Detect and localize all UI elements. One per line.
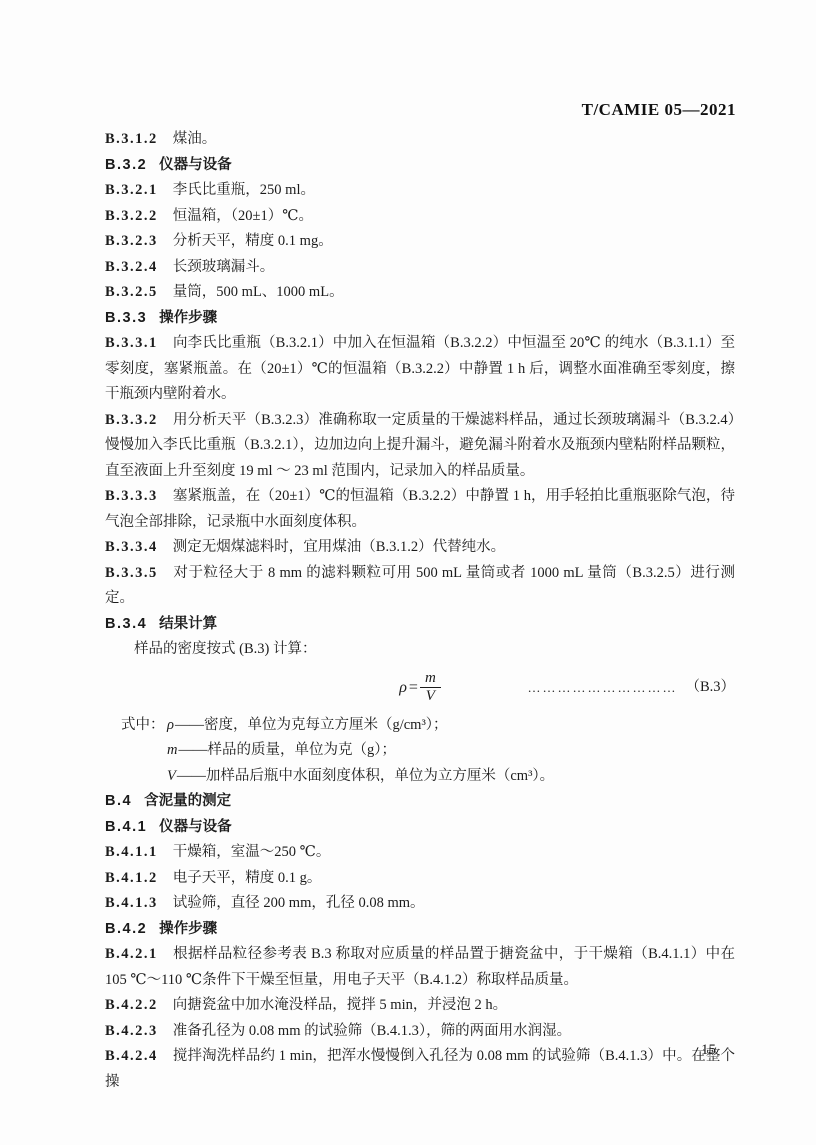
heading-text: 含泥量的测定	[144, 793, 231, 809]
where-dash: ——	[177, 768, 206, 784]
formula-rho: ρ	[399, 675, 407, 701]
clause-paragraph: B.4.1.2电子天平，精度 0.1 g。	[105, 866, 735, 892]
formula-denominator: V	[420, 688, 441, 705]
document-body: B.3.1.2煤油。B.3.2仪器与设备B.3.2.1李氏比重瓶，250 ml。…	[105, 127, 735, 1095]
where-line: 式中：ρ——密度，单位为克每立方厘米（g/cm³）；	[105, 713, 735, 739]
clause-number: B.3.2.5	[105, 284, 158, 300]
clause-number: B.3.2.3	[105, 233, 158, 249]
section-heading: B.4.1仪器与设备	[105, 815, 735, 841]
clause-paragraph: B.3.3.2用分析天平（B.3.2.3）准确称取一定质量的干燥滤料样品，通过长…	[105, 408, 735, 485]
clause-number: B.3.3.2	[105, 412, 158, 428]
heading-text: 操作步骤	[159, 310, 217, 326]
clause-paragraph: B.4.1.3试验筛，直径 200 mm，孔径 0.08 mm。	[105, 891, 735, 917]
clause-paragraph: B.3.2.1李氏比重瓶，250 ml。	[105, 178, 735, 204]
clause-paragraph: B.4.1.1干燥箱，室温～250 ℃。	[105, 840, 735, 866]
clause-paragraph: B.3.1.2煤油。	[105, 127, 735, 153]
clause-text: 加样品后瓶中水面刻度体积，单位为立方厘米（cm³）。	[206, 768, 554, 784]
page-footer: 15	[105, 1042, 716, 1059]
clause-text: 样品的密度按式 (B.3) 计算：	[134, 641, 316, 657]
clause-number: B.3.2.1	[105, 182, 158, 198]
heading-text: 结果计算	[159, 616, 217, 632]
clause-paragraph: B.4.2.1根据样品粒径参考表 B.3 称取对应质量的样品置于搪瓷盆中，于干燥…	[105, 942, 735, 993]
formula-leader: ………………………… （B.3）	[441, 675, 735, 701]
clause-number: B.4.2.1	[105, 946, 158, 962]
clause-text: 密度，单位为克每立方厘米（g/cm³）；	[204, 717, 448, 733]
clause-paragraph: B.3.2.5量筒，500 mL、1000 mL。	[105, 280, 735, 306]
clause-text: 向搪瓷盆中加水淹没样品，搅拌 5 min，并浸泡 2 h。	[173, 997, 507, 1013]
page-header: T/CAMIE 05—2021	[105, 100, 736, 120]
clause-number: B.3.2.4	[105, 259, 158, 275]
heading-text: 仪器与设备	[159, 819, 232, 835]
density-formula: ρ=mV	[399, 670, 441, 706]
clause-paragraph: B.3.2.3分析天平，精度 0.1 mg。	[105, 229, 735, 255]
formula-fraction: mV	[420, 670, 441, 706]
clause-paragraph: B.3.3.1向李氏比重瓶（B.3.2.1）中加入在恒温箱（B.3.2.2）中恒…	[105, 331, 735, 408]
clause-text: 塞紧瓶盖，在（20±1）℃的恒温箱（B.3.2.2）中静置 1 h，用手轻拍比重…	[105, 488, 735, 530]
clause-text: 电子天平，精度 0.1 g。	[173, 870, 322, 886]
clause-number: B.3.2	[105, 157, 147, 173]
clause-number: B.4.2.2	[105, 997, 158, 1013]
clause-number: B.4.2	[105, 921, 147, 937]
formula-block: ρ=mV ………………………… （B.3）	[105, 663, 735, 713]
section-heading: B.4含泥量的测定	[105, 789, 735, 815]
where-line: m——样品的质量，单位为克（g）；	[105, 738, 735, 764]
clause-number: B.4.1.1	[105, 844, 158, 860]
clause-text: 测定无烟煤滤料时，宜用煤油（B.3.1.2）代替纯水。	[173, 539, 505, 555]
clause-number: B.4.1.3	[105, 895, 158, 911]
section-heading: B.3.2仪器与设备	[105, 153, 735, 179]
clause-text: 对于粒径大于 8 mm 的滤料颗粒可用 500 mL 量筒或者 1000 mL …	[105, 565, 735, 607]
clause-text: 长颈玻璃漏斗。	[173, 259, 275, 275]
clause-text: 干燥箱，室温～250 ℃。	[173, 844, 331, 860]
clause-number: B.4	[105, 793, 132, 809]
document-page: T/CAMIE 05—2021 B.3.1.2煤油。B.3.2仪器与设备B.3.…	[0, 0, 816, 1145]
clause-number: B.4.2.3	[105, 1023, 158, 1039]
where-symbol: V	[167, 768, 176, 784]
clause-paragraph: B.3.2.4长颈玻璃漏斗。	[105, 255, 735, 281]
clause-number: B.3.3.3	[105, 488, 158, 504]
clause-text: 量筒，500 mL、1000 mL。	[173, 284, 344, 300]
where-dash: ——	[175, 717, 204, 733]
where-dash: ——	[178, 742, 207, 758]
clause-text: 恒温箱，（20±1）℃。	[173, 208, 313, 224]
formula-equals: =	[409, 675, 418, 701]
clause-paragraph: B.4.2.3准备孔径为 0.08 mm 的试验筛（B.4.1.3），筛的两面用…	[105, 1019, 735, 1045]
where-symbol: m	[167, 742, 177, 758]
clause-text: 李氏比重瓶，250 ml。	[173, 182, 315, 198]
standard-code: T/CAMIE 05—2021	[582, 100, 736, 119]
clause-paragraph: B.3.3.4测定无烟煤滤料时，宜用煤油（B.3.1.2）代替纯水。	[105, 535, 735, 561]
clause-paragraph: B.3.3.5对于粒径大于 8 mm 的滤料颗粒可用 500 mL 量筒或者 1…	[105, 561, 735, 612]
clause-text: 样品的质量，单位为克（g）；	[207, 742, 396, 758]
clause-text: 分析天平，精度 0.1 mg。	[173, 233, 333, 249]
formula-label: （B.3）	[685, 675, 735, 701]
where-prefix: 式中：	[121, 713, 167, 739]
page-number: 15	[701, 1042, 716, 1058]
clause-number: B.3.3.5	[105, 565, 158, 581]
clause-text: 准备孔径为 0.08 mm 的试验筛（B.4.1.3），筛的两面用水润湿。	[173, 1023, 571, 1039]
clause-number: B.3.3	[105, 310, 147, 326]
where-symbol: ρ	[167, 717, 174, 733]
where-line: V——加样品后瓶中水面刻度体积，单位为立方厘米（cm³）。	[105, 764, 735, 790]
clause-paragraph: B.4.2.2向搪瓷盆中加水淹没样品，搅拌 5 min，并浸泡 2 h。	[105, 993, 735, 1019]
clause-paragraph: B.3.3.3塞紧瓶盖，在（20±1）℃的恒温箱（B.3.2.2）中静置 1 h…	[105, 484, 735, 535]
clause-number: B.3.3.1	[105, 335, 158, 351]
clause-number: B.3.1.2	[105, 131, 158, 147]
indent-paragraph: 样品的密度按式 (B.3) 计算：	[105, 637, 735, 663]
clause-paragraph: B.3.2.2恒温箱，（20±1）℃。	[105, 204, 735, 230]
clause-number: B.3.4	[105, 616, 147, 632]
section-heading: B.3.3操作步骤	[105, 306, 735, 332]
clause-number: B.3.2.2	[105, 208, 158, 224]
leader-dots: …………………………	[527, 675, 677, 701]
clause-text: 煤油。	[173, 131, 217, 147]
clause-number: B.3.3.4	[105, 539, 158, 555]
clause-text: 用分析天平（B.3.2.3）准确称取一定质量的干燥滤料样品，通过长颈玻璃漏斗（B…	[105, 412, 735, 479]
clause-number: B.4.1.2	[105, 870, 158, 886]
clause-text: 根据样品粒径参考表 B.3 称取对应质量的样品置于搪瓷盆中，于干燥箱（B.4.1…	[105, 946, 735, 988]
section-heading: B.4.2操作步骤	[105, 917, 735, 943]
section-heading: B.3.4结果计算	[105, 612, 735, 638]
clause-number: B.4.1	[105, 819, 147, 835]
heading-text: 操作步骤	[159, 921, 217, 937]
clause-text: 向李氏比重瓶（B.3.2.1）中加入在恒温箱（B.3.2.2）中恒温至 20℃ …	[105, 335, 735, 402]
formula-numerator: m	[420, 670, 441, 688]
heading-text: 仪器与设备	[159, 157, 232, 173]
clause-text: 试验筛，直径 200 mm，孔径 0.08 mm。	[173, 895, 425, 911]
